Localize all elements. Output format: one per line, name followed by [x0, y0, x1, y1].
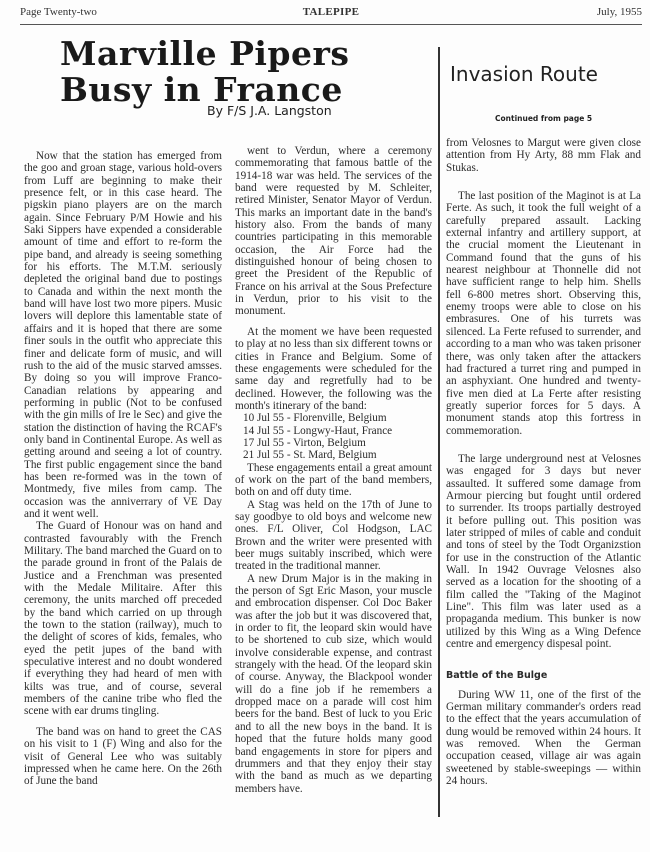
section-subheading: Battle of the Bulge: [446, 670, 641, 682]
article-column-2: went to Verdun, where a ceremony commemo…: [235, 145, 432, 795]
paragraph: The Guard of Honour was on hand and cont…: [24, 520, 222, 718]
continued-note: Continued from page 5: [495, 114, 592, 123]
paragraph: The last position of the Maginot is at L…: [446, 190, 641, 437]
column-divider: [438, 47, 440, 817]
itinerary-list: 10 Jul 55 - Florenville, Belgium 14 Jul …: [235, 412, 432, 461]
header-rule: [20, 24, 642, 25]
itinerary-item: 21 Jul 55 - St. Mard, Belgium: [235, 449, 432, 461]
paragraph: The band was on hand to greet the CAS on…: [24, 726, 222, 788]
article-headline: Marville Pipers Busy in France: [60, 36, 320, 108]
paragraph: A Stag was held on the 17th of June to s…: [235, 499, 432, 573]
newsletter-page: Page Twenty-two TALEPIPE July, 1955 Marv…: [0, 0, 650, 852]
paragraph: The large underground nest at Velosnes w…: [446, 453, 641, 651]
publication-name: TALEPIPE: [20, 6, 642, 18]
issue-date: July, 1955: [597, 6, 642, 18]
article-column-1: Now that the station has emerged from th…: [24, 150, 222, 788]
itinerary-item: 14 Jul 55 - Longwy-Haut, France: [235, 425, 432, 437]
paragraph: went to Verdun, where a ceremony commemo…: [235, 145, 432, 318]
sidebar-column: from Velosnes to Margut were given close…: [446, 137, 641, 788]
paragraph: During WW 11, one of the first of the Ge…: [446, 689, 641, 788]
paragraph: Now that the station has emerged from th…: [24, 150, 222, 520]
paragraph: At the moment we have been requested to …: [235, 326, 432, 412]
paragraph: These engagements entail a great amount …: [235, 462, 432, 499]
headline-line-1: Marville Pipers: [60, 36, 320, 72]
itinerary-item: 10 Jul 55 - Florenville, Belgium: [235, 412, 432, 424]
paragraph: A new Drum Major is in the making in the…: [235, 573, 432, 795]
paragraph: from Velosnes to Margut were given close…: [446, 137, 641, 174]
itinerary-item: 17 Jul 55 - Virton, Belgium: [235, 437, 432, 449]
article-byline: By F/S J.A. Langston: [207, 103, 332, 118]
sidebar-title: Invasion Route: [450, 62, 598, 86]
running-head: Page Twenty-two TALEPIPE July, 1955: [20, 6, 642, 22]
